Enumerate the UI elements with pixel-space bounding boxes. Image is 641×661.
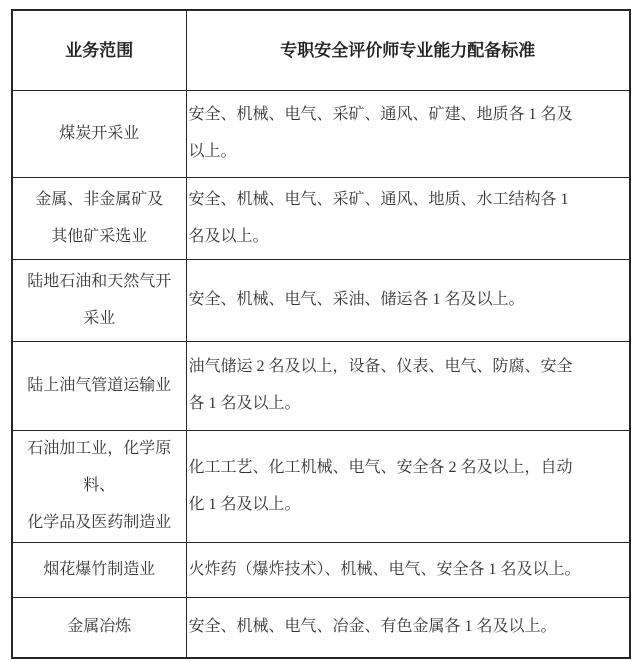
table-row: 金属、非金属矿及 其他矿采选业 安全、机械、电气、采矿、通风、地质、水工结构各 …: [12, 178, 630, 260]
table-row: 陆上油气管道运输业 油气储运 2 名及以上，设备、仪表、电气、防腐、安全 各 1…: [12, 342, 630, 431]
table-row: 陆地石油和天然气开 采业 安全、机械、电气、采油、储运各 1 名及以上。: [12, 260, 630, 342]
capability-standards-table: 业务范围 专职安全评价师专业能力配备标准 煤炭开采业 安全、机械、电气、采矿、通…: [11, 9, 631, 659]
scope-cell-metal-nonmetal-mining: 金属、非金属矿及 其他矿采选业: [12, 178, 186, 260]
standard-cell-coal-mining: 安全、机械、电气、采矿、通风、矿建、地质各 1 名及 以上。: [186, 91, 630, 178]
standard-cell-onshore-pipeline-transport: 油气储运 2 名及以上，设备、仪表、电气、防腐、安全 各 1 名及以上。: [186, 342, 630, 431]
standard-cell-petro-chemical-pharma-manufacturing: 化工工艺、化工机械、电气、安全各 2 名及以上，自动 化 1 名及以上。: [186, 431, 630, 543]
column-header-business-scope: 业务范围: [12, 10, 186, 91]
scope-cell-fireworks-manufacturing: 烟花爆竹制造业: [12, 543, 186, 598]
table-row: 烟花爆竹制造业 火炸药（爆炸技术）、机械、电气、安全各 1 名及以上。: [12, 543, 630, 598]
standard-cell-onshore-oil-gas-extraction: 安全、机械、电气、采油、储运各 1 名及以上。: [186, 260, 630, 342]
table-row: 金属冶炼 安全、机械、电气、冶金、有色金属各 1 名及以上。: [12, 598, 630, 659]
table-row: 煤炭开采业 安全、机械、电气、采矿、通风、矿建、地质各 1 名及 以上。: [12, 91, 630, 178]
scope-cell-metal-smelting: 金属冶炼: [12, 598, 186, 659]
scope-cell-coal-mining: 煤炭开采业: [12, 91, 186, 178]
table-row: 石油加工业，化学原 料、 化学品及医药制造业 化工工艺、化工机械、电气、安全各 …: [12, 431, 630, 543]
scope-cell-onshore-oil-gas-extraction: 陆地石油和天然气开 采业: [12, 260, 186, 342]
column-header-capability-standard: 专职安全评价师专业能力配备标准: [186, 10, 630, 91]
standard-cell-fireworks-manufacturing: 火炸药（爆炸技术）、机械、电气、安全各 1 名及以上。: [186, 543, 630, 598]
header-row: 业务范围 专职安全评价师专业能力配备标准: [12, 10, 630, 91]
standard-cell-metal-nonmetal-mining: 安全、机械、电气、采矿、通风、地质、水工结构各 1 名及以上。: [186, 178, 630, 260]
standard-cell-metal-smelting: 安全、机械、电气、冶金、有色金属各 1 名及以上。: [186, 598, 630, 659]
scope-cell-onshore-pipeline-transport: 陆上油气管道运输业: [12, 342, 186, 431]
document-page: 业务范围 专职安全评价师专业能力配备标准 煤炭开采业 安全、机械、电气、采矿、通…: [0, 0, 641, 661]
scope-cell-petro-chemical-pharma-manufacturing: 石油加工业，化学原 料、 化学品及医药制造业: [12, 431, 186, 543]
